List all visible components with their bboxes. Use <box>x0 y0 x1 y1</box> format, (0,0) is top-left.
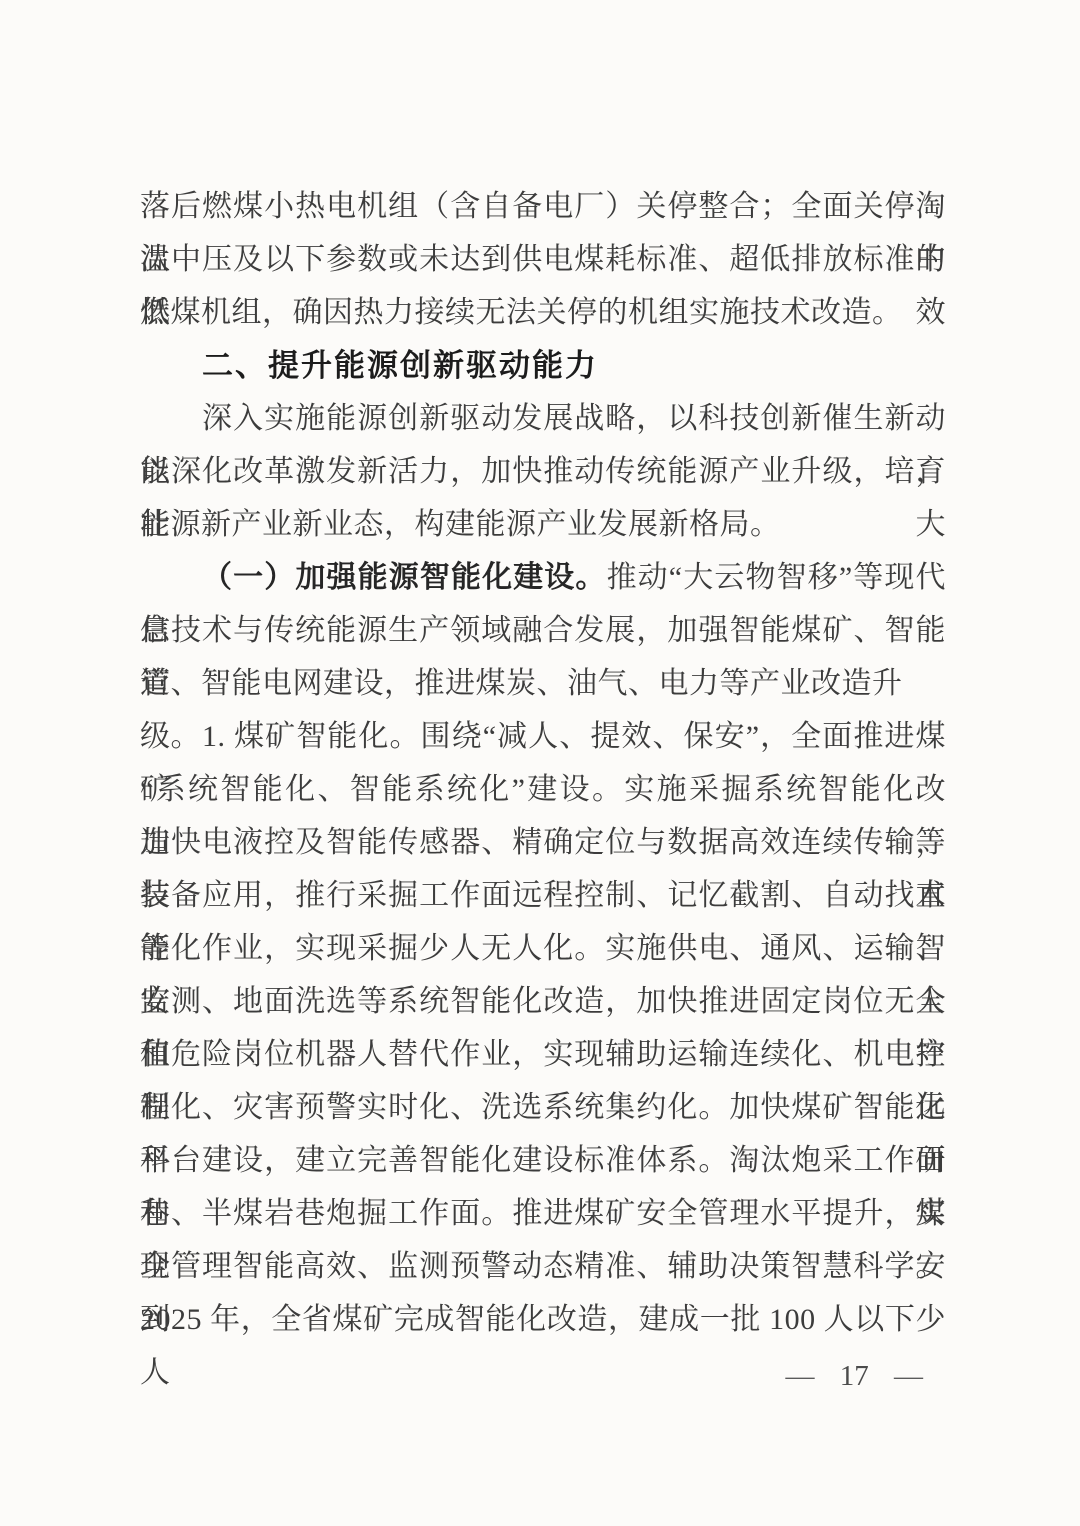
text-line: 平台建设，建立完善智能化建设标准体系。淘汰炮采工作面和煤 <box>140 1134 946 1187</box>
text-line: 能化作业，实现采掘少人无人化。实施供电、通风、运输、安全 <box>140 922 946 975</box>
body-text: 二、提升能源创新驱动能力 <box>202 348 598 383</box>
text-line: 燃煤机组，确因热力接续无法关停的机组实施技术改造。 <box>140 286 946 339</box>
section-heading: 二、提升能源创新驱动能力 <box>140 339 946 392</box>
text-line: 监测、地面洗选等系统智能化改造，加快推进固定岗位无人值守 <box>140 975 946 1028</box>
document-page: 落后燃煤小热电机组（含自备电厂）关停整合；全面关停淘汰中温中压及以下参数或未达到… <box>0 0 1080 1526</box>
text-line: 巷、半煤岩巷炮掘工作面。推进煤矿安全管理水平提升，实现安 <box>140 1187 946 1240</box>
text-line: （一）加强能源智能化建设。推动“大云物智移”等现代信 <box>140 551 946 604</box>
text-line: 温中压及以下参数或未达到供电煤耗标准、超低排放标准的低效 <box>140 233 946 286</box>
footer-dash-right: — <box>894 1360 923 1392</box>
text-line: 装备应用，推行采掘工作面远程控制、记忆截割、自动找直等智 <box>140 869 946 922</box>
text-line: 和危险岗位机器人替代作业，实现辅助运输连续化、机电控制远 <box>140 1028 946 1081</box>
text-line: 落后燃煤小热电机组（含自备电厂）关停整合；全面关停淘汰中 <box>140 180 946 233</box>
subheading-text: （一）加强能源智能化建设。 <box>202 561 607 594</box>
page-footer: — 17 — <box>777 1356 933 1396</box>
text-line: 2025 年，全省煤矿完成智能化改造，建成一批 100 人以下少人 <box>140 1293 946 1346</box>
text-line: 道、智能电网建设，推进煤炭、油气、电力等产业改造升级。 <box>140 657 946 710</box>
text-line: 1. 煤矿智能化。围绕“减人、提效、保安”，全面推进煤矿 <box>140 710 946 763</box>
text-line: 息技术与传统能源生产领域融合发展，加强智能煤矿、智能管 <box>140 604 946 657</box>
footer-dash-left: — <box>786 1360 815 1392</box>
text-line: 程化、灾害预警实时化、洗选系统集约化。加快煤矿智能化科研 <box>140 1081 946 1134</box>
text-line: 加快电液控及智能传感器、精确定位与数据高效连续传输等技术 <box>140 816 946 869</box>
text-line: “系统智能化、智能系统化”建设。实施采掘系统智能化改造， <box>140 763 946 816</box>
text-line: 深入实施能源创新驱动发展战略，以科技创新催生新动能， <box>140 392 946 445</box>
body-text: 燃煤机组，确因热力接续无法关停的机组实施技术改造。 <box>140 296 903 329</box>
text-line: 以深化改革激发新活力，加快推动传统能源产业升级，培育壮大 <box>140 445 946 498</box>
page-number: 17 <box>840 1360 869 1392</box>
document-lines: 落后燃煤小热电机组（含自备电厂）关停整合；全面关停淘汰中温中压及以下参数或未达到… <box>140 180 946 1346</box>
text-line: 全管理智能高效、监测预警动态精准、辅助决策智慧科学。到 <box>140 1240 946 1293</box>
body-text: 能源新产业新业态，构建能源产业发展新格局。 <box>140 508 781 541</box>
